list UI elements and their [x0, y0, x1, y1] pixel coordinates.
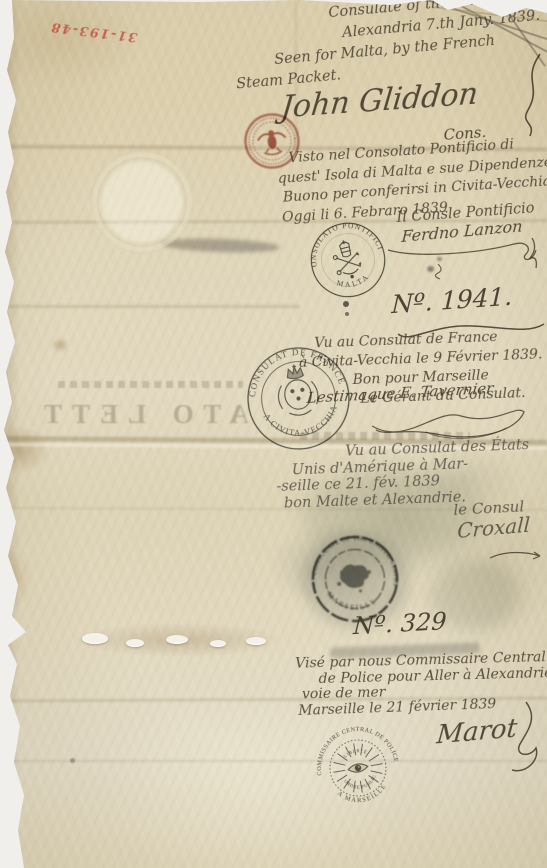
bleedthrough-caps: ATO LETT [34, 399, 249, 430]
france-consulate-stamp: CONSULAT DE FRANCE A CIVITA-VECCHIA [238, 338, 359, 459]
ink-dot [345, 312, 349, 316]
registry-number-1941: Nº. 1941. [391, 282, 513, 320]
signature-croxall: Croxall [457, 513, 531, 544]
stain-brown [54, 340, 66, 350]
bleedthrough-line [58, 381, 243, 388]
ink-smudge [160, 237, 280, 254]
signature-flourish-arrow [488, 548, 546, 564]
scanned-document: ATO LETT 31-193-48 Consulate of the U.S.… [0, 0, 547, 868]
tear-hole [210, 640, 226, 647]
tear-hole [246, 637, 266, 645]
signature-flourish-descender [468, 700, 544, 780]
tear-hole [82, 633, 108, 644]
papal-tiara-keys-icon [330, 237, 364, 281]
pontifical-stamp: CONSOLATO PONTIFICIO MALTA [301, 213, 396, 308]
police-eye-stamp: COMMISSAIRE CENTRAL DE POLICE A MARSEILL… [308, 719, 407, 817]
document-paper: ATO LETT 31-193-48 Consulate of the U.S.… [0, 0, 547, 868]
fold-crease [0, 760, 547, 762]
crowned-arms-icon [274, 362, 320, 418]
block-police-marseille: Visé par nous Commissaire Central — de P… [283, 650, 547, 704]
archival-number: 31-193-48 [49, 19, 138, 45]
embossed-seal-watermark [92, 152, 192, 252]
tear-hole [126, 639, 144, 647]
fold-crease [0, 305, 300, 308]
svg-text:MALTA: MALTA [334, 270, 373, 292]
eye-icon [347, 762, 368, 773]
ink-dot [343, 301, 349, 307]
stamp-ring-text: MALTA [334, 270, 373, 292]
eagle-blob-icon [336, 562, 371, 593]
tear-hole [166, 635, 188, 644]
signature-paraph [386, 236, 546, 281]
registry-number-329: Nº. 329 [353, 607, 448, 640]
ink-spot [70, 758, 75, 763]
